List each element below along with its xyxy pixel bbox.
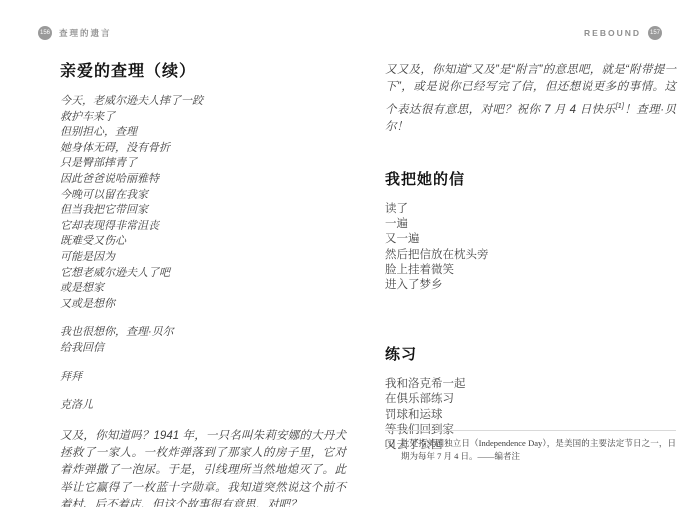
poem-line: 救护车来了 — [60, 110, 346, 126]
poem-line: 给我回信 — [60, 341, 346, 357]
section-title-practice: 练习 — [385, 343, 676, 364]
letter-stanza: 今天，老威尔逊夫人摔了一跤 救护车来了 但别担心，查理 她身体无碍，没有骨折 只… — [60, 94, 346, 312]
footnote-block: [1] 此处指美国独立日（Independence Day），是美国的主要法定节… — [385, 430, 676, 463]
poem-line: 脸上挂着微笑 — [385, 263, 676, 278]
poem-line: 然后把信放在枕头旁 — [385, 248, 676, 263]
poem-line: 因此爸爸说哈丽雅特 — [60, 172, 346, 188]
footnote-divider — [385, 430, 676, 431]
poem-line: 但当我把它带回家 — [60, 203, 346, 219]
poem-line: 我也很想你，查理·贝尔 — [60, 325, 346, 341]
letter-poem-stanza: 读了 一遍 又一遍 然后把信放在枕头旁 脸上挂着微笑 进入了梦乡 — [385, 202, 676, 293]
poem-line: 又或是想你 — [60, 297, 346, 313]
letter-closing-stanza: 我也很想你，查理·贝尔 给我回信 — [60, 325, 346, 356]
book-spread: 156 查理的遗言 REBOUND 157 亲爱的查理（续） 今天，老威尔逊夫人… — [0, 0, 700, 507]
poem-line: 但别担心，查理 — [60, 125, 346, 141]
right-page: 又又及，你知道“又及”是“附言”的意思吧，就是“附带提一下”，或是说你已经写完了… — [385, 0, 676, 453]
poem-line: 在俱乐部练习 — [385, 392, 676, 407]
poem-line: 今天，老威尔逊夫人摔了一跤 — [60, 94, 346, 110]
poem-line: 读了 — [385, 202, 676, 217]
left-page-number-badge: 156 — [38, 26, 52, 40]
left-page: 亲爱的查理（续） 今天，老威尔逊夫人摔了一跤 救护车来了 但别担心，查理 她身体… — [60, 0, 346, 507]
letter-title: 亲爱的查理（续） — [60, 58, 346, 81]
footnote-text: 此处指美国独立日（Independence Day），是美国的主要法定节日之一，… — [401, 437, 676, 463]
poem-line: 罚球和运球 — [385, 408, 676, 423]
section-title-letter: 我把她的信 — [385, 168, 676, 189]
letter-signature: 克洛儿 — [60, 398, 346, 414]
letter-postscript: 又及，你知道吗？1941 年，一只名叫朱莉安娜的大丹犬拯救了一家人。一枚炸弹落到… — [60, 428, 346, 507]
poem-line: 它想老威尔逊夫人了吧 — [60, 266, 346, 282]
poem-line: 既难受又伤心 — [60, 234, 346, 250]
poem-line: 我和洛克希一起 — [385, 377, 676, 392]
poem-line: 或是想家 — [60, 281, 346, 297]
letter-postscript-2: 又又及，你知道“又及”是“附言”的意思吧，就是“附带提一下”，或是说你已经写完了… — [385, 62, 676, 136]
poem-line: 一遍 — [385, 217, 676, 232]
poem-line: 今晚可以留在我家 — [60, 188, 346, 204]
poem-line: 又一遍 — [385, 232, 676, 247]
poem-line: 可能是因为 — [60, 250, 346, 266]
poem-line: 它却表现得非常沮丧 — [60, 219, 346, 235]
letter-farewell: 拜拜 — [60, 370, 346, 386]
poem-line: 只是臀部摔青了 — [60, 156, 346, 172]
poem-line: 进入了梦乡 — [385, 278, 676, 293]
footnote: [1] 此处指美国独立日（Independence Day），是美国的主要法定节… — [385, 437, 676, 463]
footnote-number: [1] — [385, 437, 401, 463]
poem-line: 她身体无碍，没有骨折 — [60, 141, 346, 157]
footnote-marker: [1] — [616, 101, 624, 110]
